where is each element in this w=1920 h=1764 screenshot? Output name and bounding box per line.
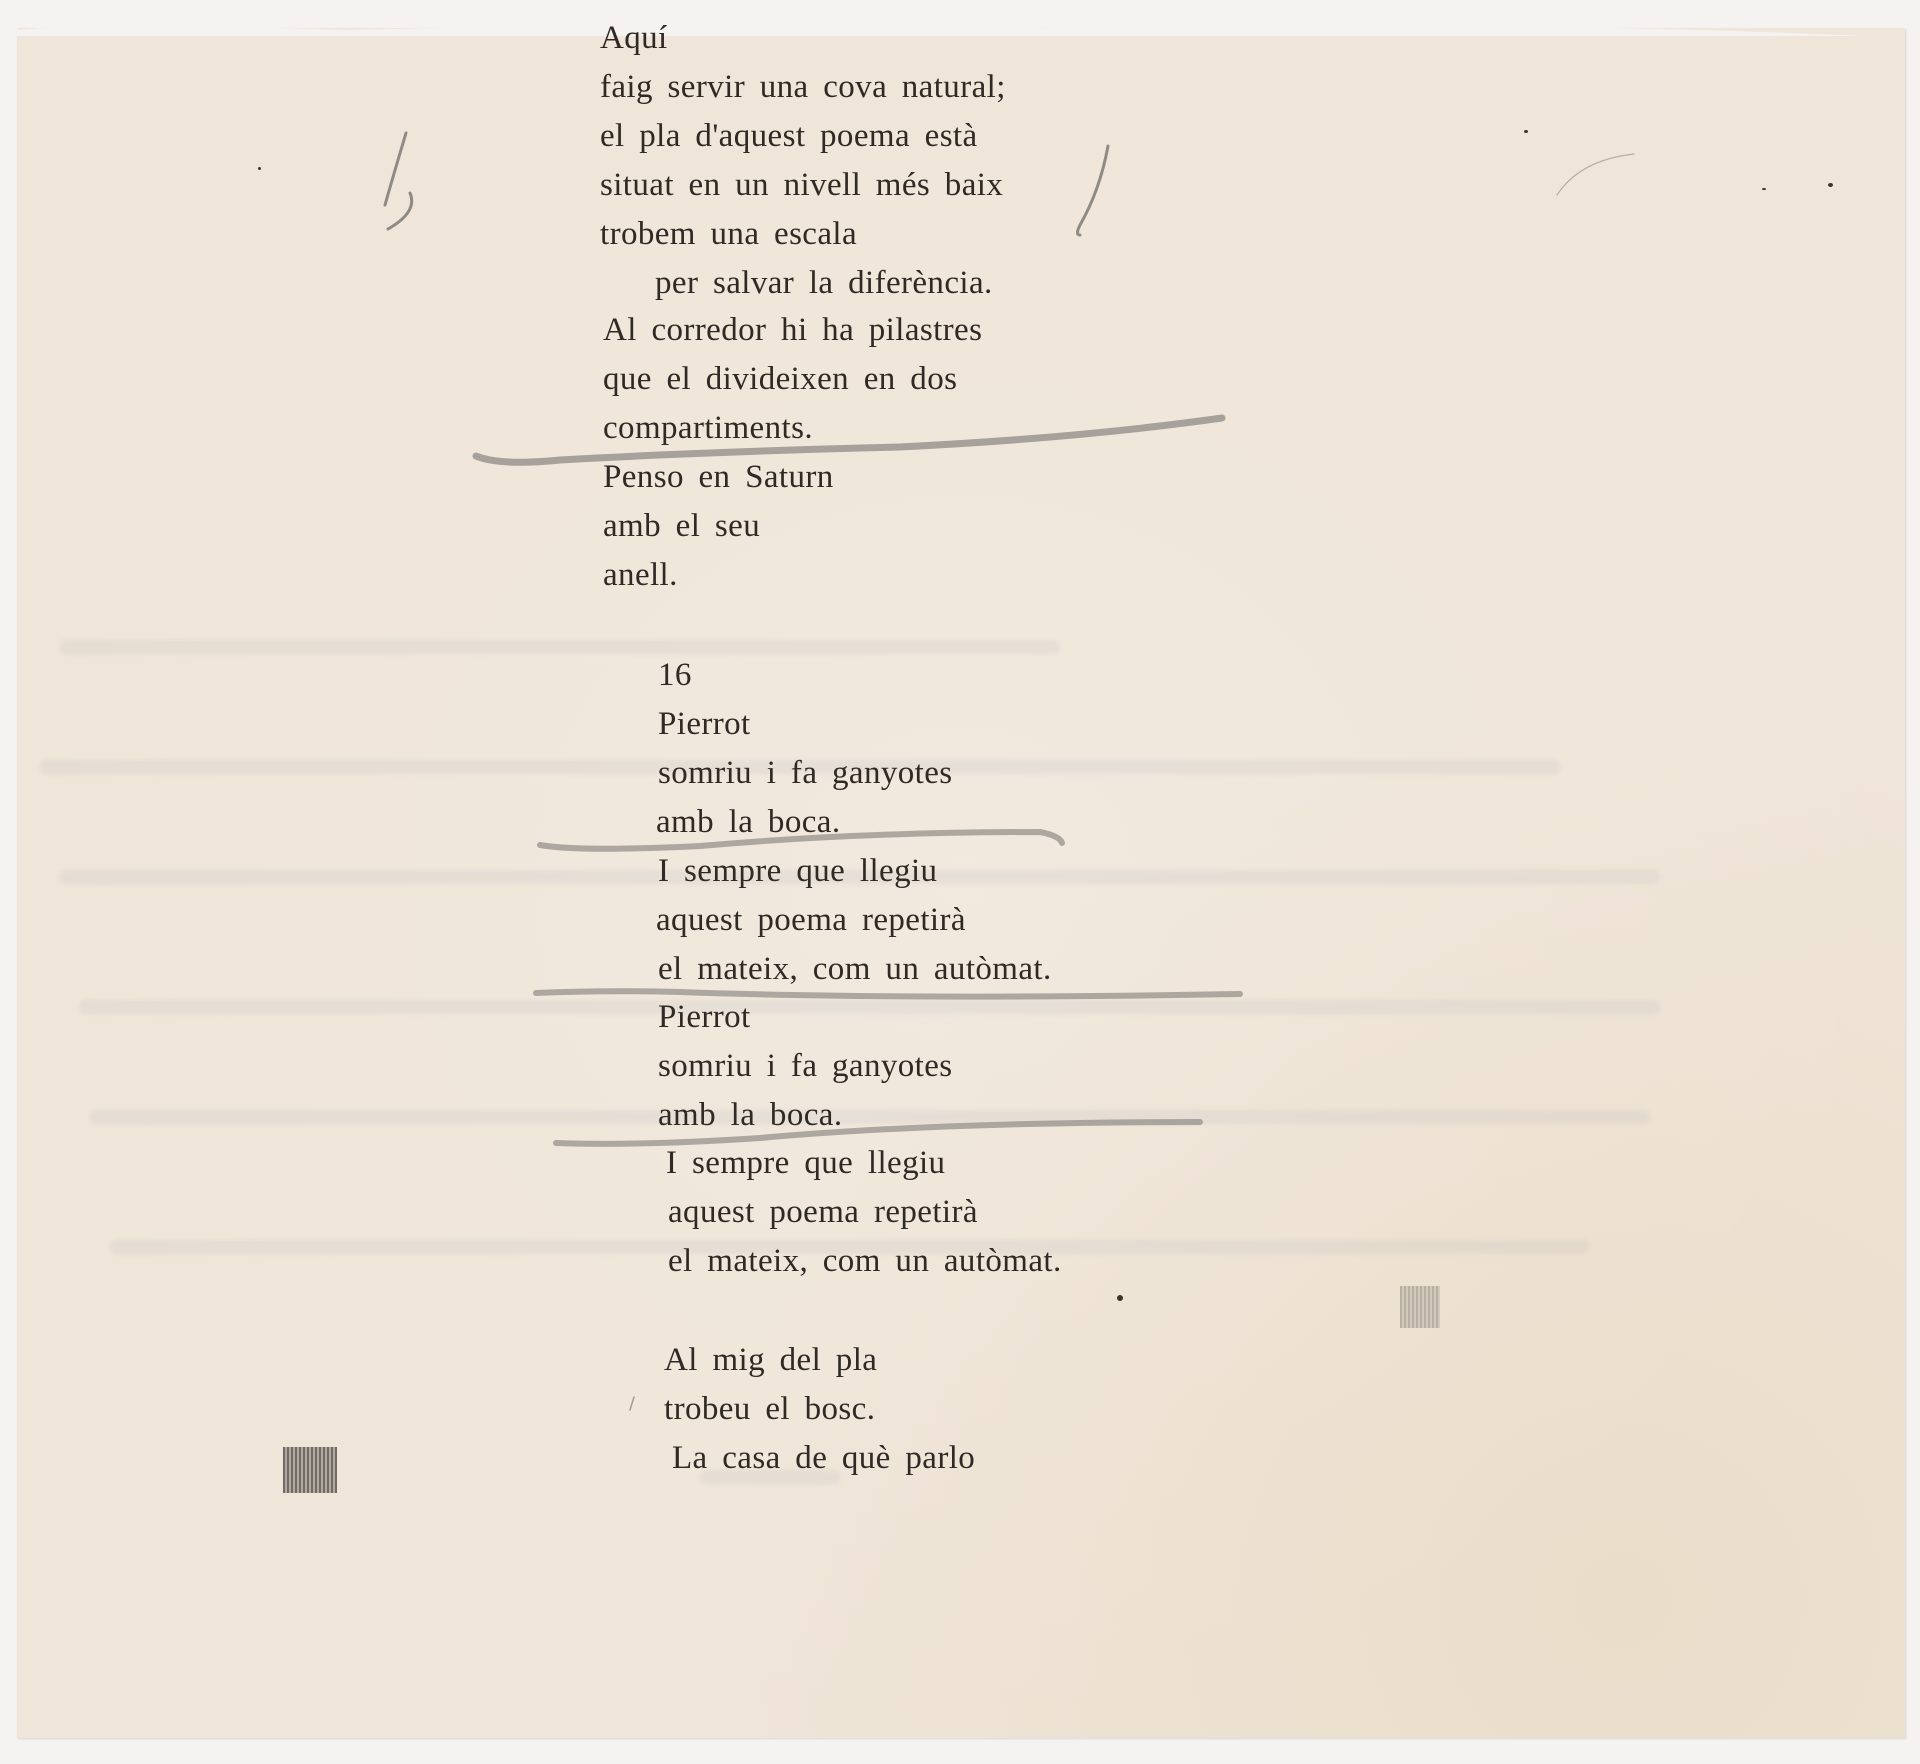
poem-line: faig servir una cova natural; bbox=[600, 67, 1006, 107]
poem-number: 16 bbox=[658, 655, 692, 695]
ink-speck bbox=[258, 167, 261, 170]
poem-line: el mateix, com un autòmat. bbox=[668, 1241, 1062, 1281]
ink-speck bbox=[1762, 188, 1766, 190]
torn-top-edge bbox=[17, 22, 1905, 36]
ink-smudge bbox=[283, 1447, 337, 1493]
poem-line: el pla d'aquest poema està bbox=[600, 116, 978, 156]
poem-line: Al mig del pla bbox=[664, 1340, 877, 1380]
poem-line: amb la boca. bbox=[656, 802, 840, 842]
poem-line: el mateix, com un autòmat. bbox=[658, 949, 1052, 989]
poem-line: I sempre que llegiu bbox=[658, 851, 937, 891]
poem-line: I sempre que llegiu bbox=[666, 1143, 945, 1183]
poem-line: que el divideixen en dos bbox=[603, 359, 957, 399]
poem-line: trobeu el bosc. bbox=[664, 1389, 875, 1429]
poem-line: amb el seu bbox=[603, 506, 760, 546]
poem-line: somriu i fa ganyotes bbox=[658, 1046, 953, 1086]
poem-line: per salvar la diferència. bbox=[655, 263, 993, 303]
poem-line: Aquí bbox=[600, 18, 668, 58]
poem-line: anell. bbox=[603, 555, 678, 595]
poem-line: Pierrot bbox=[658, 997, 751, 1037]
poem-line: Penso en Saturn bbox=[603, 457, 834, 497]
ink-smudge bbox=[1400, 1286, 1440, 1328]
poem-line: aquest poema repetirà bbox=[656, 900, 966, 940]
poem-line: Pierrot bbox=[658, 704, 751, 744]
poem-line: aquest poema repetirà bbox=[668, 1192, 978, 1232]
ink-speck bbox=[1828, 183, 1833, 187]
poem-line: situat en un nivell més baix bbox=[600, 165, 1003, 205]
poem-line: Al corredor hi ha pilastres bbox=[603, 310, 982, 350]
poem-line: somriu i fa ganyotes bbox=[658, 753, 953, 793]
poem-line: La casa de què parlo bbox=[672, 1438, 975, 1478]
poem-line: compartiments. bbox=[603, 408, 813, 448]
ink-speck bbox=[1117, 1295, 1123, 1301]
ink-speck bbox=[1524, 130, 1528, 133]
poem-line: amb la boca. bbox=[658, 1095, 842, 1135]
poem-line: trobem una escala bbox=[600, 214, 857, 254]
